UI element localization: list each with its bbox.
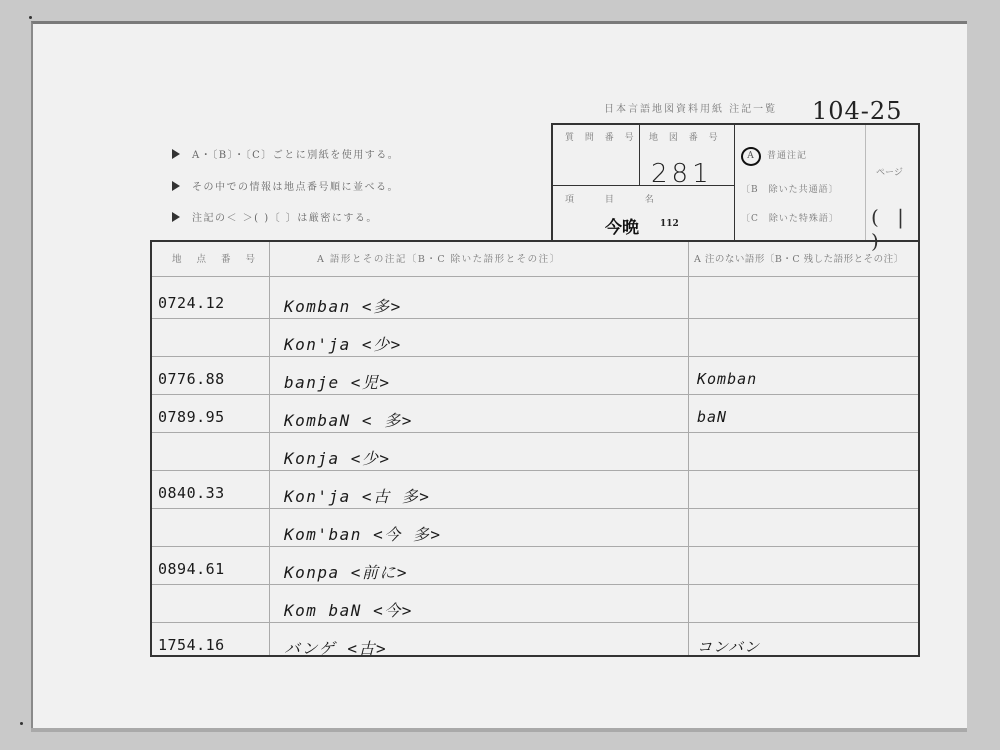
divider [639,125,640,185]
form-cell: KombaN < 多> [284,408,413,431]
plain-cell: Komban [697,370,757,388]
form-cell: Komban <多> [284,294,402,317]
row-divider [152,508,918,509]
column-divider [269,242,270,655]
item-name-label: 項 目 名 [565,192,668,205]
option-c: 〔C 除いた特殊語〕 [741,211,839,224]
row-divider [152,584,918,585]
circled-a-mark: A [741,147,761,166]
header-plain: A 注のない語形〔B・C 残した語形とその注〕 [694,251,904,265]
form-cell: Konpa <前に> [284,560,408,583]
plain-cell: コンバン [697,636,760,657]
page-label: ページ [876,165,903,178]
header-divider [152,276,918,277]
row-divider [152,470,918,471]
item-name-number: 112 [660,219,679,229]
divider [865,125,866,242]
map-no-label: 地 図 番 号 [649,130,722,143]
speck [20,722,23,725]
divider [734,125,735,242]
option-a: A普通注記 [741,147,807,166]
plain-cell: baN [697,408,727,426]
row-divider [152,356,918,357]
header-location: 地 点 番 号 [172,251,261,265]
form-cell: Kon'ja <古 多> [284,484,430,507]
form-cell: Kom baN <今> [284,598,413,621]
instruction-3: 注記の＜ ＞( )〔 〕は厳密にする。 [172,209,378,224]
form-cell: Konja <少> [284,446,391,469]
sheet-title: 日本言語地図資料用紙 注記一覧 [604,100,777,115]
sheet-code: 104-25 [812,97,902,125]
row-divider [152,394,918,395]
row-divider [152,622,918,623]
location-cell: 0840.33 [158,484,225,502]
question-no-label: 質 問 番 号 [565,130,638,143]
option-b: 〔B 除いた共通語〕 [741,182,839,195]
form-cell: バンゲ <古> [284,636,387,659]
header-box: 質 問 番 号 地 図 番 号 281 項 目 名 今晩 112 A普通注記 〔… [551,123,920,240]
triangle-bullet-icon [172,212,180,222]
location-cell: 0789.95 [158,408,225,426]
form-cell: banje <児> [284,370,391,393]
column-divider [688,242,689,655]
form-cell: Kon'ja <少> [284,332,402,355]
row-divider [152,432,918,433]
row-divider [152,546,918,547]
triangle-bullet-icon [172,149,180,159]
triangle-bullet-icon [172,181,180,191]
form-cell: Kom'ban <今 多> [284,522,441,545]
notes-table: 地 点 番 号 A 語形とその注記〔B・C 除いた語形とその注〕 A 注のない語… [150,240,920,657]
item-name-value: 今晩 [605,213,639,238]
row-divider [152,318,918,319]
location-cell: 0776.88 [158,370,225,388]
location-cell: 1754.16 [158,636,225,654]
speck [29,16,32,19]
location-cell: 0894.61 [158,560,225,578]
location-cell: 0724.12 [158,294,225,312]
header-forms: A 語形とその注記〔B・C 除いた語形とその注〕 [317,251,561,265]
instruction-1: A・〔B〕・〔C〕ごとに別紙を使用する。 [172,146,399,161]
map-no-value: 281 [651,159,713,189]
instruction-2: その中での情報は地点番号順に並べる。 [172,178,399,193]
